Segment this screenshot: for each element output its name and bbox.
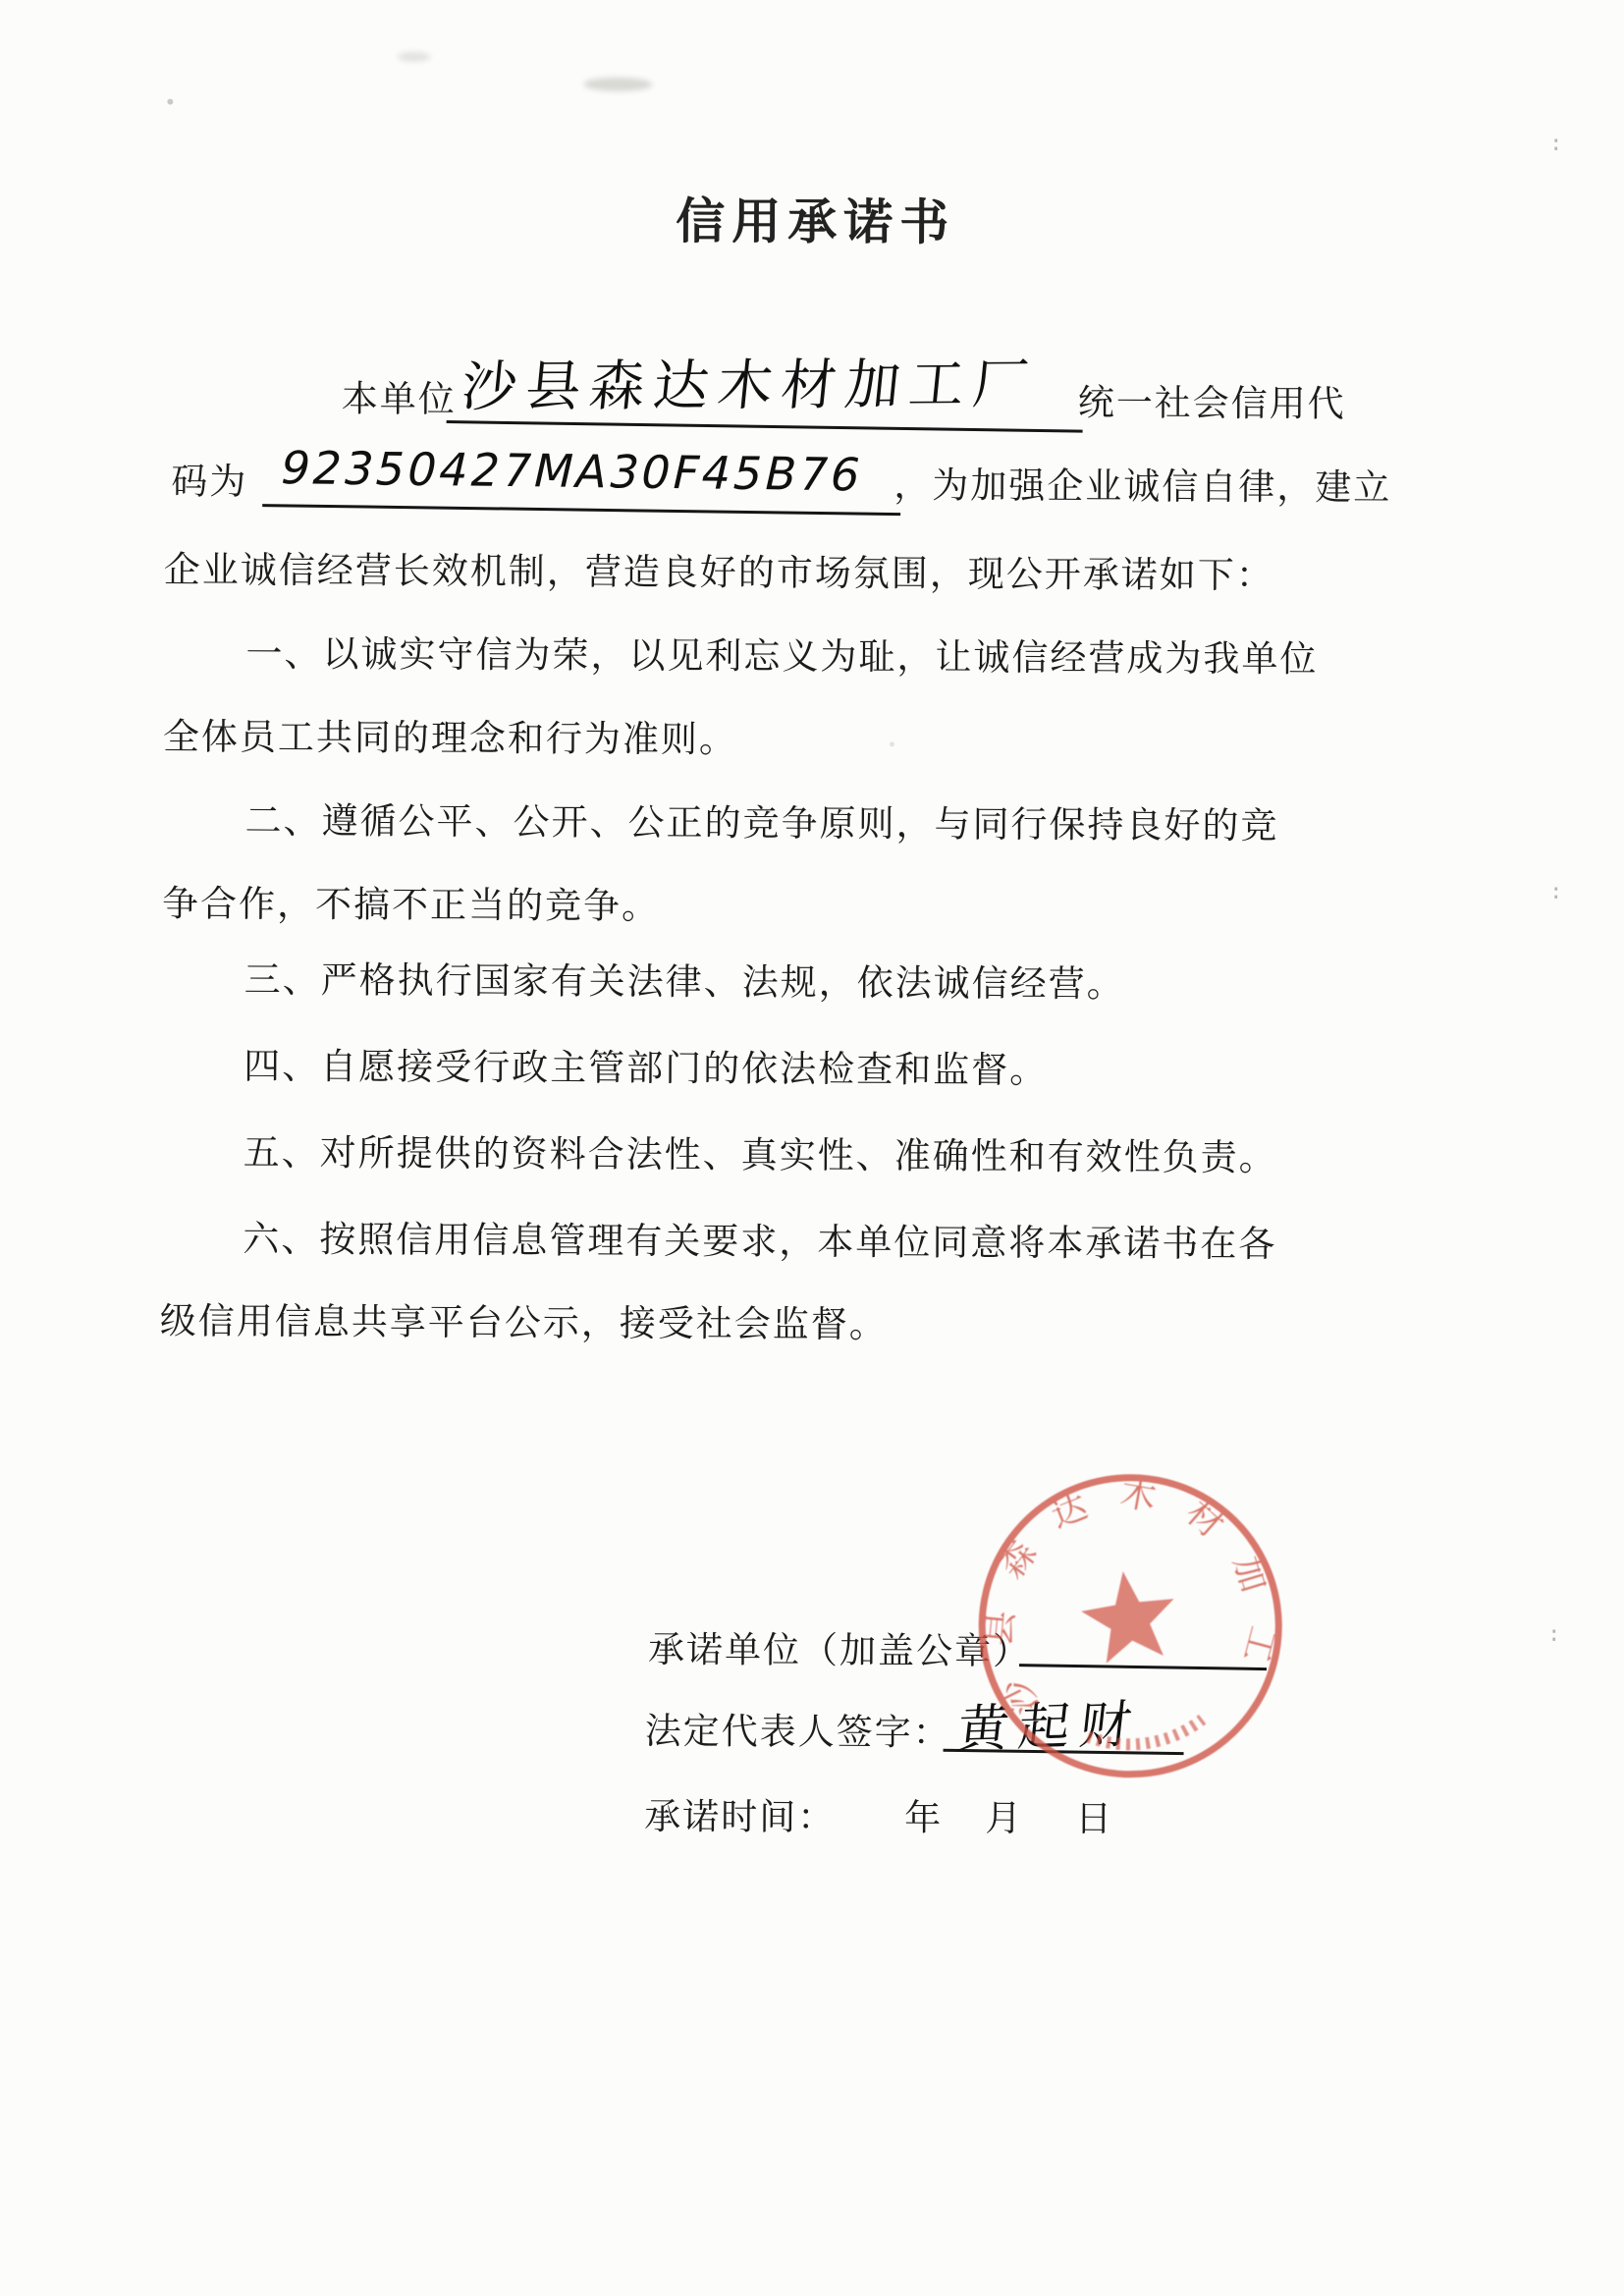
- fill-line1-underline: [447, 420, 1083, 433]
- fill-line1-prefix: 本单位: [342, 368, 457, 422]
- commitment-date-label: 承诺时间：: [644, 1786, 836, 1840]
- body-line: 争合作，不搞不正当的竞争。: [162, 874, 660, 930]
- handwritten-credit-code: 92350427MA30F45B76: [275, 441, 868, 501]
- fill-line2-underline: [262, 504, 900, 516]
- body-line: 企业诚信经营长效机制，营造良好的市场氛围，现公开承诺如下：: [164, 540, 1274, 599]
- body-line-item-6: 六、按照信用信息管理有关要求，本单位同意将本承诺书在各: [160, 1209, 1276, 1268]
- company-seal-stamp: 沙县森达木材加工厂: [972, 1468, 1288, 1784]
- document-title: 信用承诺书: [4, 179, 1624, 258]
- seal-serial-marks: [1088, 1720, 1205, 1751]
- legal-rep-label: 法定代表人签字：: [645, 1701, 951, 1756]
- body-line-item-1: 一、以诚实守信为荣，以见利忘义为耻，让诚信经营成为我单位: [163, 624, 1318, 683]
- fill-line2-prefix: 码为: [171, 452, 247, 505]
- scan-artifact: [583, 78, 652, 91]
- fill-line1-suffix: 统一社会信用代: [1078, 372, 1346, 426]
- star-icon: [1077, 1565, 1181, 1666]
- scan-artifact: [890, 741, 894, 746]
- body-line-item-3: 三、严格执行国家有关法律、法规，依法诚信经营。: [162, 950, 1125, 1008]
- body-line: 级信用信息共享平台公示，接受社会监督。: [160, 1291, 888, 1348]
- scan-artifact: [167, 99, 173, 105]
- handwritten-company-name: 沙县森达木材加工厂: [459, 341, 1042, 422]
- scan-artifact: :: [1547, 1622, 1560, 1647]
- day-label: 日: [1075, 1788, 1113, 1841]
- year-label: 年: [904, 1788, 943, 1841]
- body-line-item-2: 二、遵循公平、公开、公正的竞争原则，与同行保持良好的竞: [162, 791, 1278, 849]
- body-line: 全体员工共同的理念和行为准则。: [163, 707, 737, 763]
- month-label: 月: [985, 1788, 1023, 1841]
- body-line-item-5: 五、对所提供的资料合法性、真实性、准确性和有效性负责。: [161, 1122, 1277, 1181]
- document-page: 信用承诺书 本单位 沙县森达木材加工厂 统一社会信用代 码为 92350427M…: [0, 0, 1624, 2296]
- body-line-item-4: 四、自愿接受行政主管部门的依法检查和监督。: [161, 1036, 1048, 1094]
- scan-artifact: [398, 52, 431, 62]
- fill-line2-suffix: ，为加强企业诚信自律，建立: [893, 455, 1391, 511]
- scan-artifact: :: [1549, 880, 1562, 904]
- scan-artifact: :: [1549, 132, 1562, 156]
- scanned-content: 信用承诺书 本单位 沙县森达木材加工厂 统一社会信用代 码为 92350427M…: [0, 0, 1624, 2296]
